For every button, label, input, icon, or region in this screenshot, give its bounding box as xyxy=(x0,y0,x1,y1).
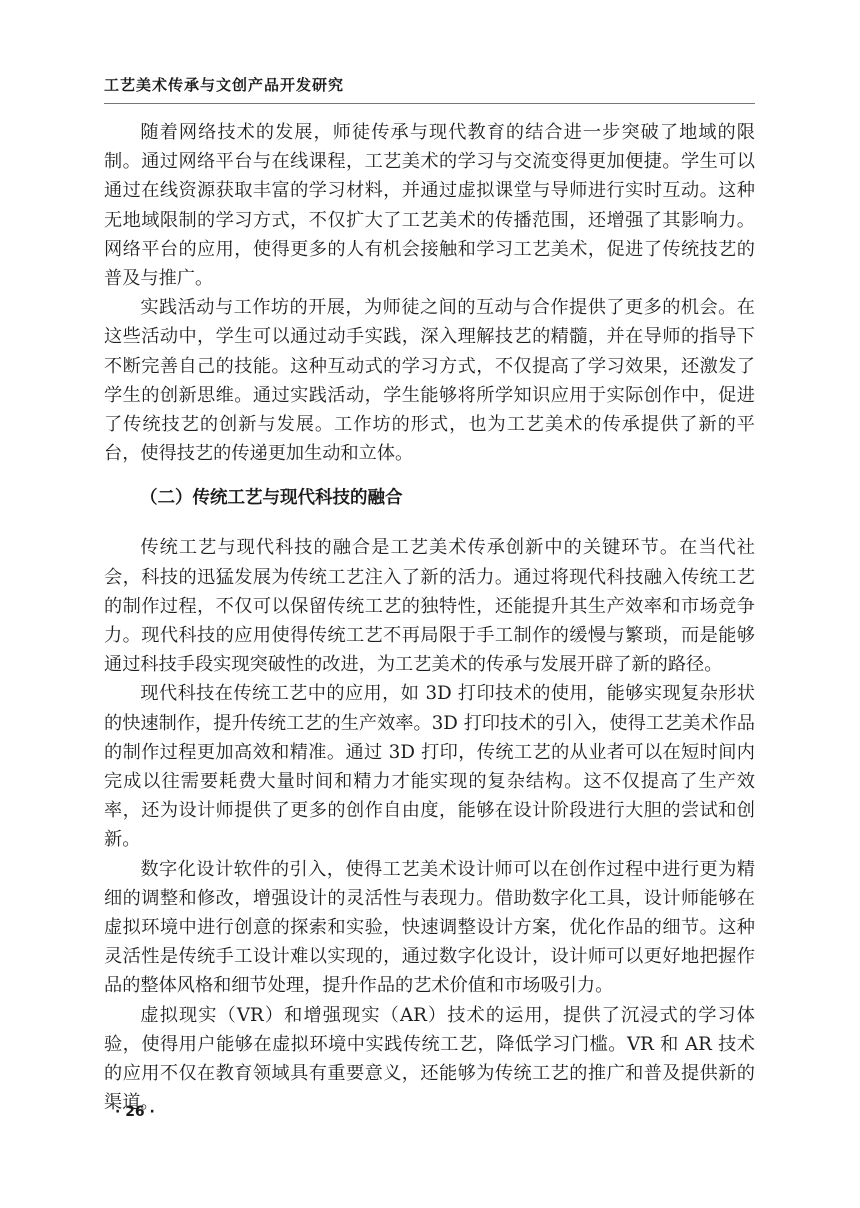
paragraph: 实践活动与工作坊的开展，为师徒之间的互动与合作提供了更多的机会。在这些活动中，学… xyxy=(104,293,755,468)
body-text: 随着网络技术的发展，师徒传承与现代教育的结合进一步突破了地域的限制。通过网络平台… xyxy=(104,118,755,1118)
paragraph: 现代科技在传统工艺中的应用，如 3D 打印技术的使用，能够实现复杂形状的快速制作… xyxy=(104,679,755,854)
section-heading: （二）传统工艺与现代科技的融合 xyxy=(104,484,755,513)
page-number: · 26 · xyxy=(115,1104,155,1120)
header-divider xyxy=(104,103,755,104)
paragraph: 传统工艺与现代科技的融合是工艺美术传承创新中的关键环节。在当代社会，科技的迅猛发… xyxy=(104,533,755,679)
document-page: 工艺美术传承与文创产品开发研究 随着网络技术的发展，师徒传承与现代教育的结合进一… xyxy=(0,0,860,1208)
paragraph: 数字化设计软件的引入，使得工艺美术设计师可以在创作过程中进行更为精细的调整和修改… xyxy=(104,855,755,1001)
paragraph: 随着网络技术的发展，师徒传承与现代教育的结合进一步突破了地域的限制。通过网络平台… xyxy=(104,118,755,293)
paragraph: 虚拟现实（VR）和增强现实（AR）技术的运用，提供了沉浸式的学习体验，使得用户能… xyxy=(104,1001,755,1118)
running-header: 工艺美术传承与文创产品开发研究 xyxy=(104,74,755,95)
